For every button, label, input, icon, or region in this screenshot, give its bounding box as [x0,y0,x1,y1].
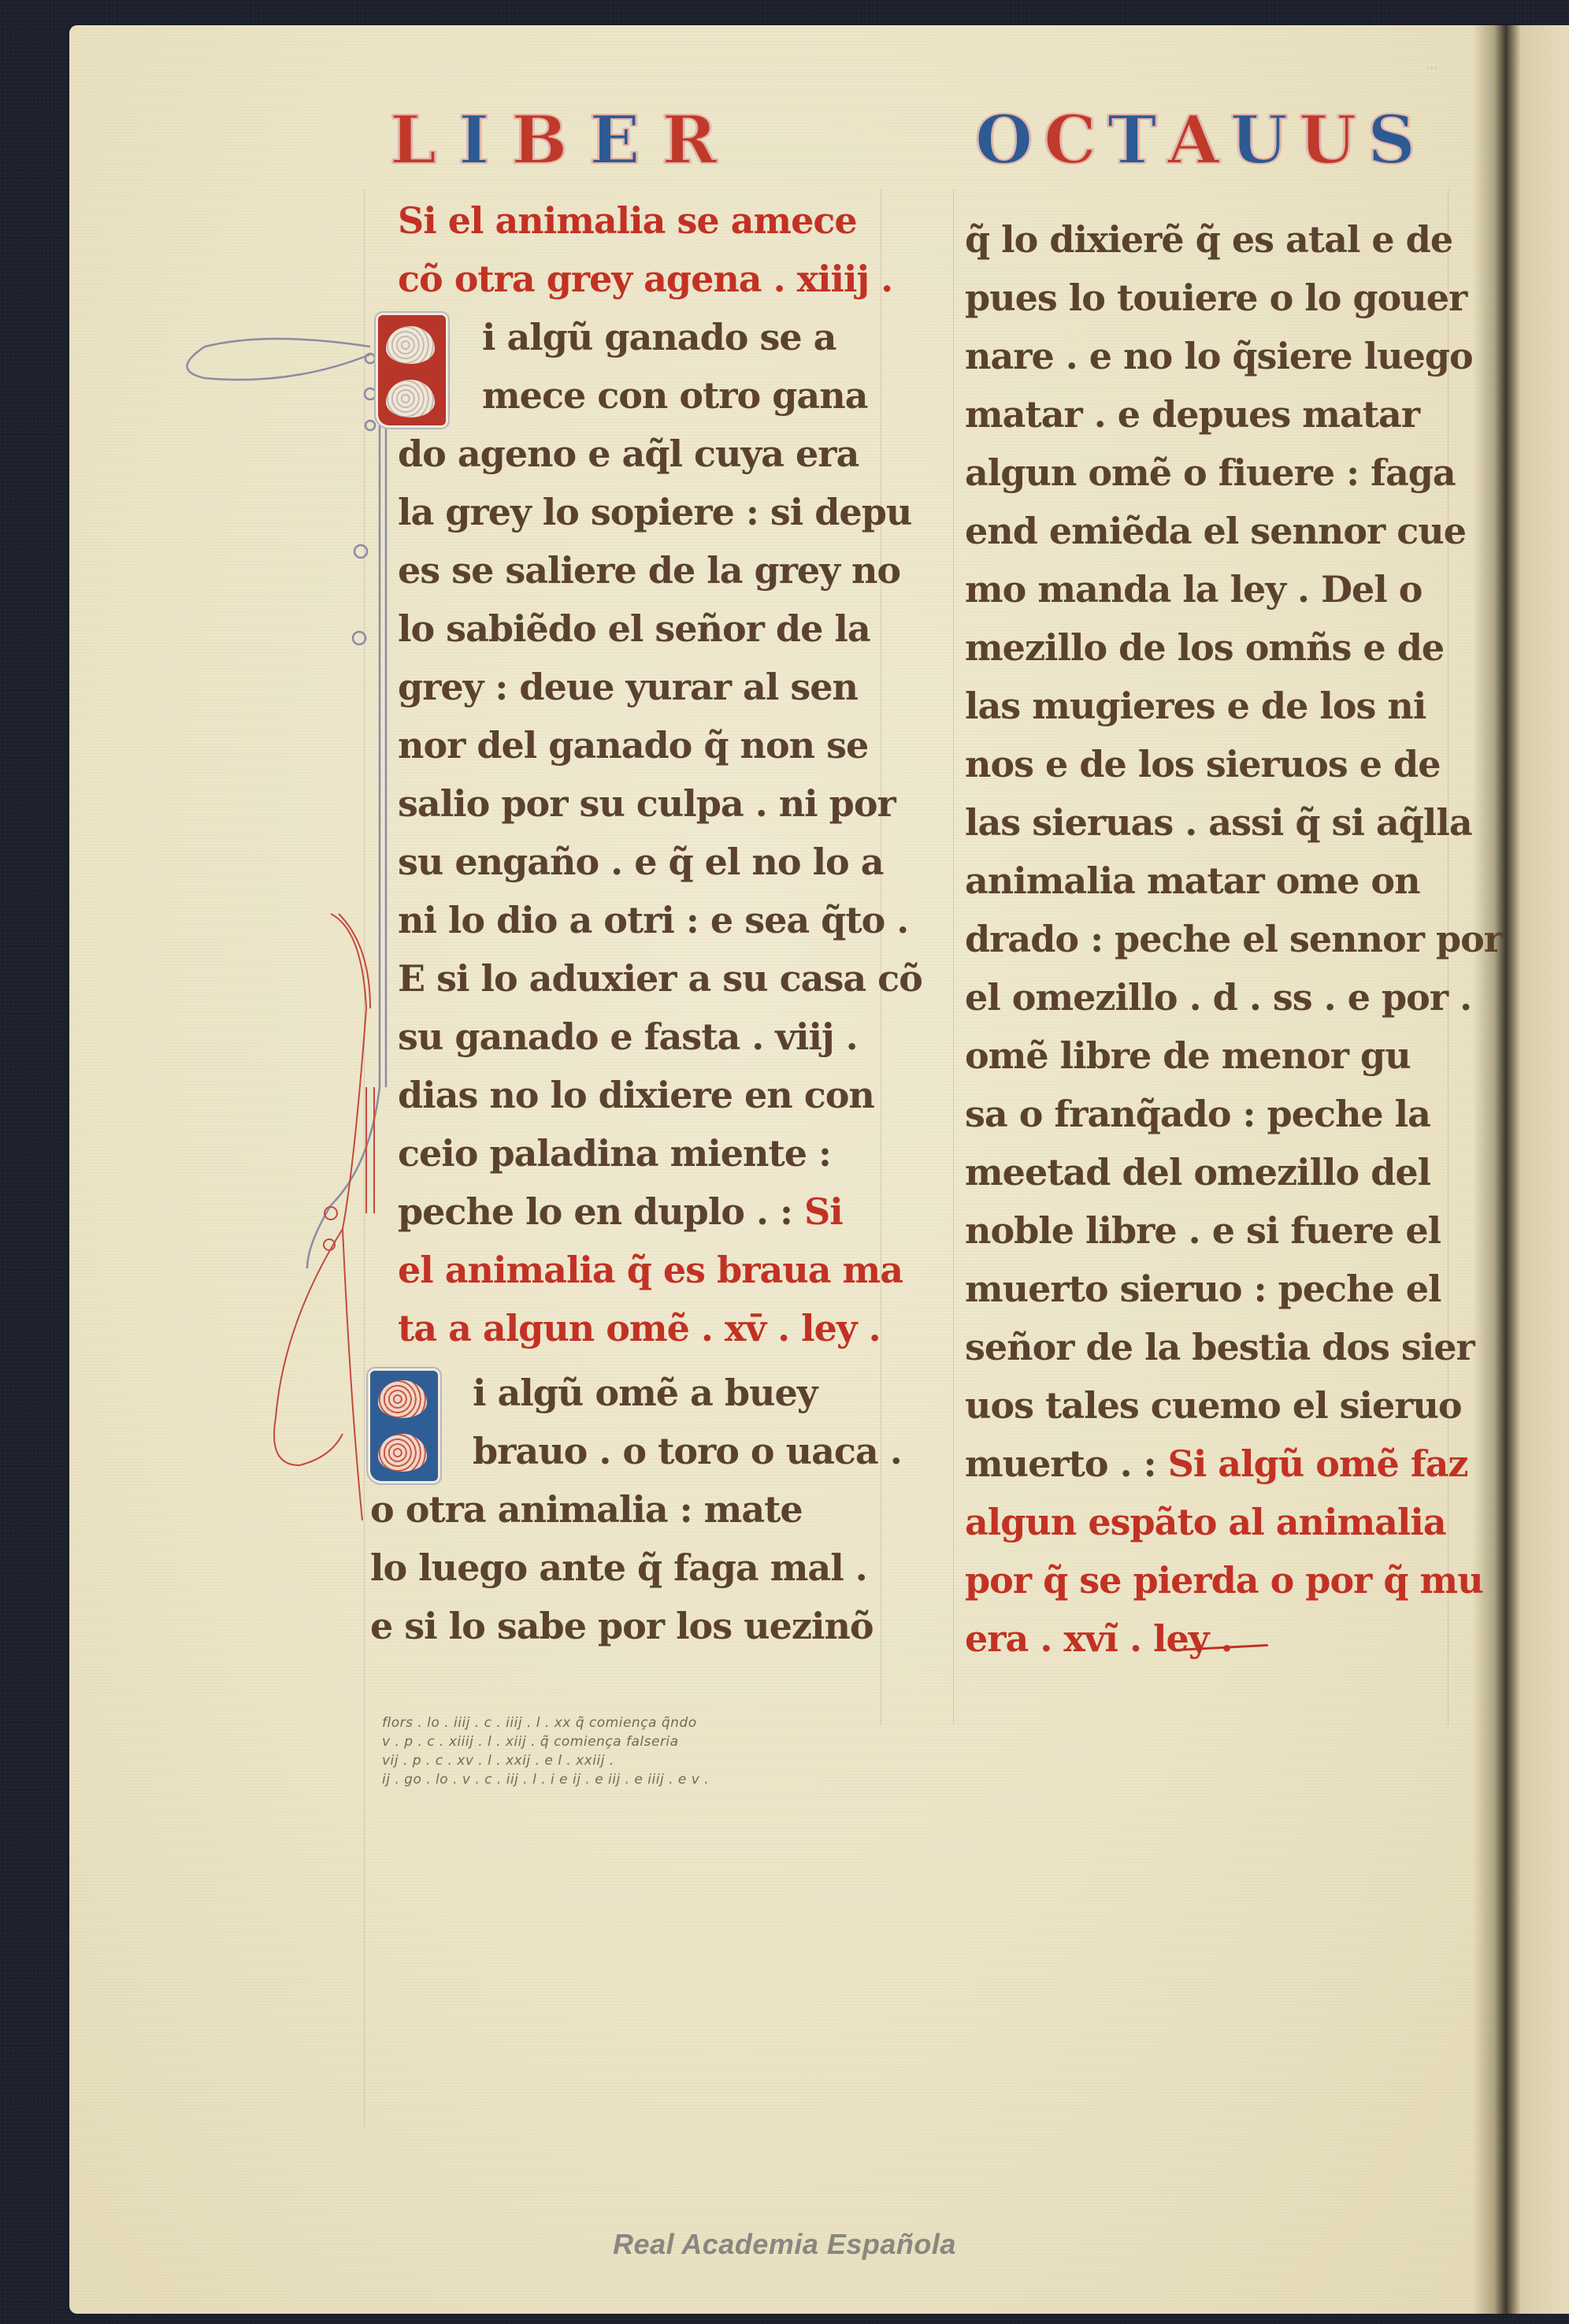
text-line: mezillo de los omñs e de [965,626,1444,670]
title-letter: R [662,107,717,173]
watermark: Real Academia Española [0,2228,1569,2261]
marginal-note: flors . lo . iiij . c . iiij . l . xx q̃… [382,1713,823,1789]
rubric-segment: Si algũ omẽ faz [1168,1442,1468,1485]
text-line: su ganado e fasta . viij . [398,1015,858,1059]
text-line: matar . e depues matar [965,392,1419,436]
text-line: noble libre . e si fuere el [965,1208,1441,1253]
text-line: lo luego ante q̃ faga mal . [370,1546,867,1590]
text-line: do ageno e aq̃l cuya era [398,432,859,476]
text-segment: peche lo en duplo . : [398,1190,792,1233]
text-line: grey : deue yurar al sen [398,665,858,709]
text-line: su engaño . e q̃ el no lo a [398,840,884,884]
text-line: muerto sieruo : peche el [965,1267,1441,1311]
ruling-line-right-col-left [953,189,954,1725]
text-line: nos e de los sieruos e de [965,742,1440,786]
title-letter: B [511,107,567,173]
binding-gutter [1473,25,1520,2314]
text-segment: muerto . : [965,1442,1156,1485]
text-line: uos tales cuemo el sieruo [965,1383,1462,1427]
text-line: es se saliere de la grey no [398,548,900,592]
running-title-octauus: O C T A U U S [975,109,1415,173]
text-line: drado : peche el sennor por [965,917,1502,961]
rubric-line: Si el animalia se amece [398,199,857,243]
text-line: o otra animalia : mate [370,1487,803,1531]
text-line: sa o franq̃ado : peche la [965,1092,1430,1136]
text-line: la grey lo sopiere : si depu [398,490,911,534]
note-line: vij . p . c . xv . l . xxij . e l . xxii… [382,1751,823,1770]
text-line: mo manda la ley . Del o [965,567,1422,611]
illuminated-initial-s-blue [370,1371,438,1481]
title-letter: U [1230,107,1288,173]
title-letter: E [589,107,640,173]
ruling-line-left-margin [364,189,365,2127]
text-line: end emiẽda el sennor cue [965,509,1466,553]
illuminated-initial-s-red [378,315,446,425]
text-line: las mugieres e de los ni [965,684,1426,728]
title-letter: S [1367,107,1415,173]
text-line: ni lo dio a otri : e sea q̃to . [398,898,908,942]
title-letter: I [458,107,489,173]
title-letter: O [975,107,1033,173]
text-line: pues lo touiere o lo gouer [965,276,1467,320]
text-line: meetad del omezillo del [965,1150,1430,1194]
rubric-line: cõ otra grey agena . xiiij . [398,257,892,301]
text-line: q̃ lo dixierẽ q̃ es atal e de [965,217,1452,262]
title-letter: A [1168,107,1219,173]
text-line: muerto . : Si algũ omẽ faz [965,1442,1468,1486]
text-line: omẽ libre de menor gu [965,1034,1411,1078]
rubric-line: ta a algun omẽ . xv̄ . ley . [398,1306,881,1350]
text-line: ceio paladina miente : [398,1131,831,1175]
note-line: v . p . c . xiiij . l . xiij . q̃ comien… [382,1732,823,1751]
title-letter: U [1299,107,1356,173]
title-letter: C [1044,107,1096,173]
folio-mark: … [1426,57,1438,72]
rubric-line: el animalia q̃ es braua ma [398,1248,903,1292]
text-line: dias no lo dixiere en con [398,1073,874,1117]
title-letter: L [390,107,436,173]
text-line: E si lo aduxier a su casa cõ [398,956,922,1001]
text-line: mece con otro gana [482,373,867,418]
rubric-line: por q̃ se pierda o por q̃ mu [965,1558,1483,1602]
rubric-line: era . xvĩ . ley . [965,1617,1233,1661]
text-line: i algũ omẽ a buey [473,1371,817,1415]
text-line: el omezillo . d . ss . e por . [965,975,1471,1019]
rubric-line: algun espãto al animalia [965,1500,1446,1544]
text-line: animalia matar ome on [965,859,1420,903]
text-line: e si lo sabe por los uezinõ [370,1604,874,1648]
text-line: nor del ganado q̃ non se [398,723,868,767]
text-line: brauo . o toro o uaca . [473,1429,902,1473]
text-line: las sieruas . assi q̃ si aq̃lla [965,800,1472,845]
rubric-segment: Si [804,1190,843,1233]
text-line: nare . e no lo q̃siere luego [965,334,1473,378]
text-line: lo sabiẽdo el señor de la [398,607,870,651]
text-line: i algũ ganado se a [482,315,836,359]
running-title-liber: L I B E R [390,109,717,173]
text-line: salio por su culpa . ni por [398,781,896,826]
text-line: señor de la bestia dos sier [965,1325,1474,1369]
text-line: algun omẽ o fiuere : faga [965,451,1456,495]
note-line: ij . go . lo . v . c . iij . l . i e ij … [382,1770,823,1789]
facing-page-edge [1520,25,1569,2314]
text-line: peche lo en duplo . : Si [398,1190,843,1234]
note-line: flors . lo . iiij . c . iiij . l . xx q̃… [382,1713,823,1732]
title-letter: T [1107,107,1157,173]
